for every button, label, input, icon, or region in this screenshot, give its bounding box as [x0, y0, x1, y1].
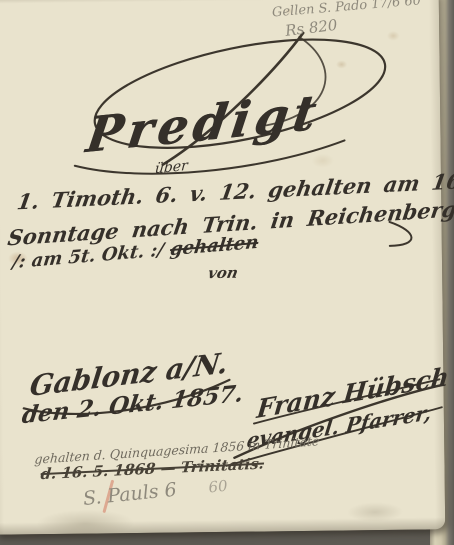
archive-note-bottom-text: S. Pauls 6: [82, 479, 178, 510]
scan-backdrop: Gellen S. Pado 17/6 60 Rs 820 Predigt üb…: [0, 0, 454, 545]
shelfmark: Rs 820: [284, 18, 338, 39]
manuscript-paper: Gellen S. Pado 17/6 60 Rs 820 Predigt üb…: [0, 0, 445, 535]
title-preposition: über: [154, 159, 188, 176]
title-script: Predigt: [83, 88, 323, 160]
archive-note-bottom: S. Pauls 6 60: [82, 476, 228, 509]
byline-von: von: [207, 266, 240, 281]
archive-note-top: Gellen S. Pado 17/6 60: [271, 0, 421, 20]
archive-note-bottom-year: 60: [208, 477, 229, 497]
